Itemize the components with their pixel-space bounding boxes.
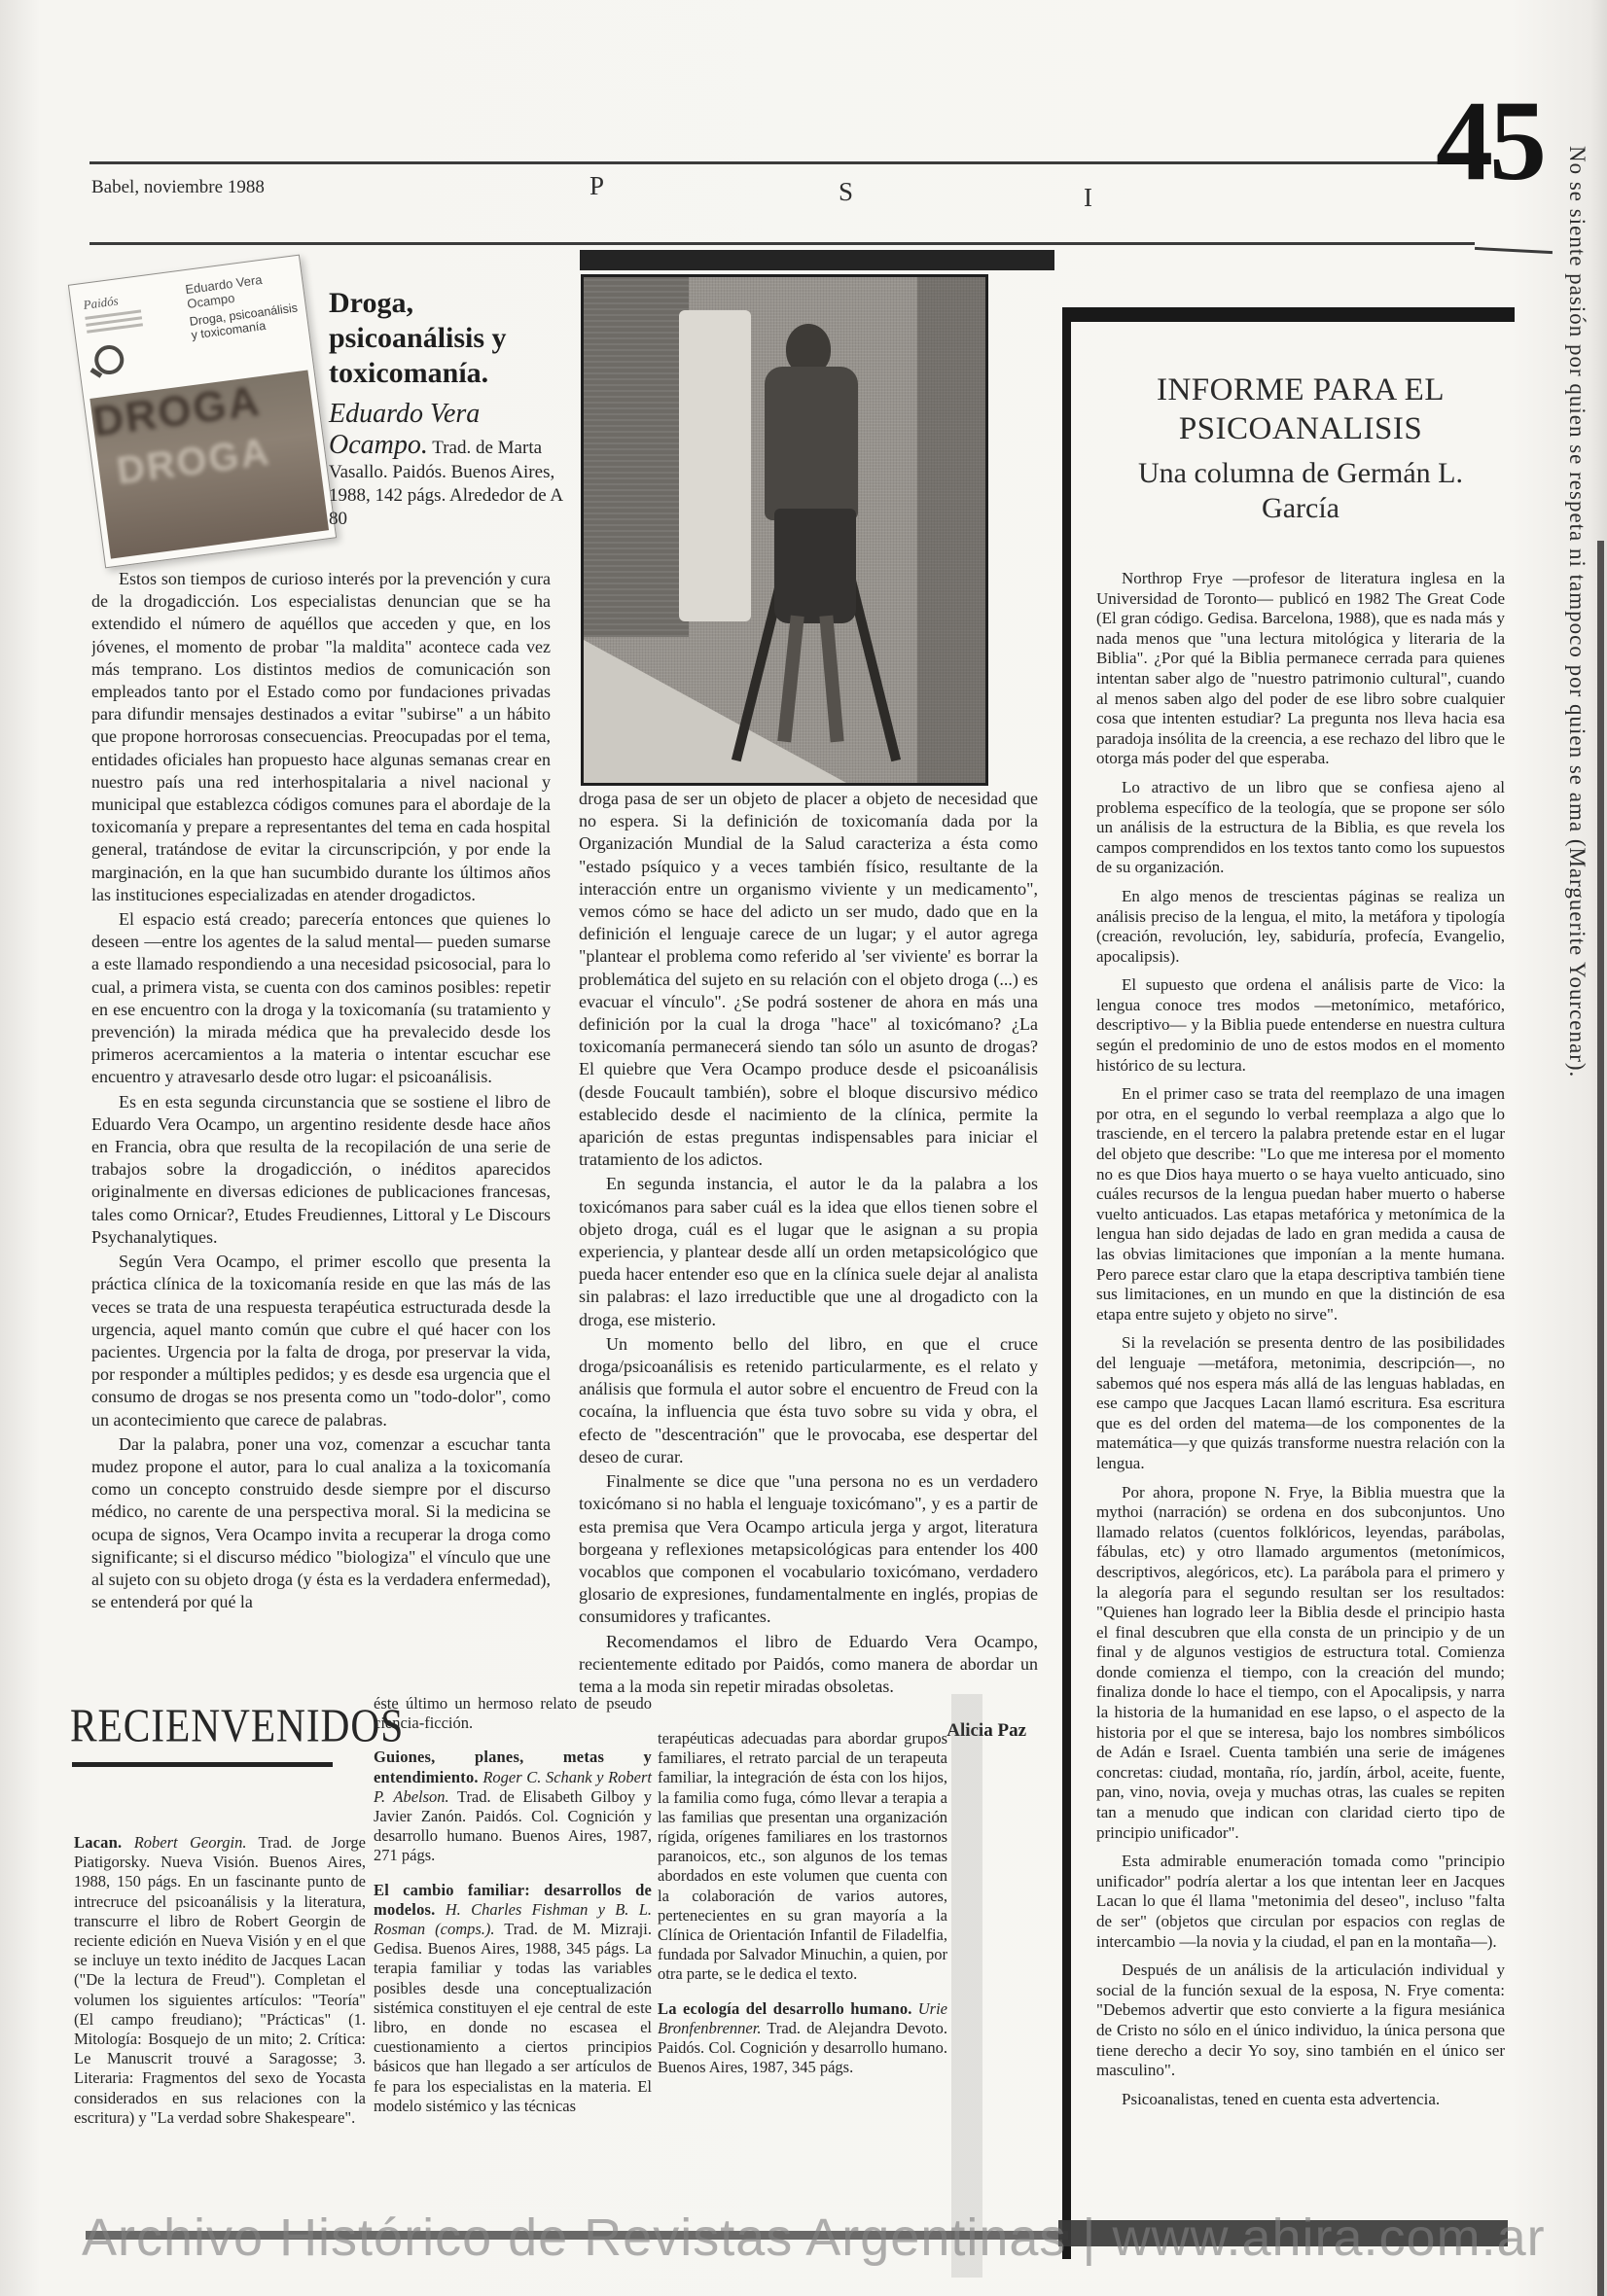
recien-column-2: éste último un hermoso relato de pseudo …: [374, 1694, 652, 2131]
recien-column-1: Lacan. Robert Georgin. Trad. de Jorge Pi…: [74, 1833, 366, 2142]
paragraph: Lo atractivo de un libro que se confiesa…: [1096, 778, 1505, 878]
book-entry: Lacan. Robert Georgin. Trad. de Jorge Pi…: [74, 1833, 366, 2128]
paragraph: Psicoanalistas, tened en cuenta esta adv…: [1096, 2090, 1505, 2110]
watermark-text: Archivo Histórico de Revistas Argentinas…: [82, 2208, 1546, 2268]
book-entry-text: Trad. de Jorge Piatigorsky. Nueva Visión…: [74, 1833, 366, 2127]
scan-artifact-strip: [951, 1694, 982, 2278]
paragraph: Dar la palabra, poner una voz, comenzar …: [91, 1433, 551, 1614]
book-entry: Guiones, planes, metas y entendimiento. …: [374, 1748, 652, 1865]
header-rule-bottom: [89, 242, 1475, 245]
paragraph: Northrop Frye —profesor de literatura in…: [1096, 569, 1505, 769]
review-column-2-text: droga pasa de ser un objeto de placer a …: [579, 788, 1038, 1698]
paragraph: Si la revelación se presenta dentro de l…: [1096, 1333, 1505, 1473]
book-entry-authors: Robert Georgin.: [122, 1833, 246, 1852]
paragraph: En el primer caso se trata del reemplazo…: [1096, 1084, 1505, 1325]
photo-curtain: [679, 310, 751, 621]
paragraph: Por ahora, propone N. Frye, la Biblia mu…: [1096, 1483, 1505, 1844]
scanned-magazine-page: Babel, noviembre 1988 P S I 45 Paidós Ed…: [0, 0, 1607, 2296]
cover-publisher-logo: Paidós: [83, 293, 120, 313]
header-rule-top: [89, 161, 1471, 164]
book-entry: El cambio familiar: desarrollos de model…: [374, 1881, 652, 2116]
section-letter-s: S: [839, 177, 853, 207]
paragraph: Estos son tiempos de curioso interés por…: [91, 568, 551, 906]
review-title-block: Droga, psicoanálisis y toxicomanía. Edua…: [329, 286, 588, 531]
review-column-1: Estos son tiempos de curioso interés por…: [91, 568, 551, 1628]
photo-person-leg: [819, 616, 843, 743]
cover-decorative-lines: [85, 309, 143, 336]
paragraph: Es en esta segunda circunstancia que se …: [91, 1091, 551, 1249]
photo-person-torso: [765, 367, 858, 520]
magnifier-icon: [92, 343, 125, 376]
continuation-text: éste último un hermoso relato de pseudo …: [374, 1694, 652, 1733]
book-entry-title: La ecología del desarrollo humano.: [658, 1999, 912, 2018]
informe-heading: INFORME PARA EL PSICOANALISIS: [1096, 371, 1505, 448]
paragraph: Recomendamos el libro de Eduardo Vera Oc…: [579, 1631, 1038, 1699]
margin-quote: No se siente pasión por quien se respeta…: [1529, 146, 1589, 1468]
section-letter-p: P: [589, 171, 604, 201]
continuation-text: terapéuticas adecuadas para abordar grup…: [658, 1729, 947, 1985]
paragraph: El espacio está creado; parecería entonc…: [91, 908, 551, 1089]
paragraph: Después de un análisis de la articulació…: [1096, 1960, 1505, 2081]
recien-column-3: terapéuticas adecuadas para abordar grup…: [658, 1729, 947, 2092]
book-entry-text: Trad. de M. Mizraji. Gedisa. Buenos Aire…: [374, 1920, 652, 2115]
informe-subheading: Una columna de Germán L. García: [1096, 456, 1505, 526]
recienvenidos-heading: RECIENVENIDOS: [70, 1698, 404, 1752]
cover-photo-area: DROGA DROGA: [89, 370, 329, 558]
book-cover-thumbnail: Paidós Eduardo Vera Ocampo Droga, psicoa…: [68, 255, 337, 569]
informe-box: INFORME PARA EL PSICOANALISIS Una column…: [1062, 307, 1515, 2259]
paragraph: Esta admirable enumeración tomada como "…: [1096, 1852, 1505, 1952]
paragraph: Según Vera Ocampo, el primer escollo que…: [91, 1251, 551, 1431]
section-letter-i: I: [1084, 183, 1092, 213]
scan-edge-line: [1597, 541, 1604, 2296]
photo-shadow: [917, 277, 985, 783]
paragraph: droga pasa de ser un objeto de placer a …: [579, 788, 1038, 1171]
journal-date: Babel, noviembre 1988: [91, 177, 265, 198]
paragraph: En algo menos de trescientas páginas se …: [1096, 887, 1505, 967]
review-credits: Eduardo Vera Ocampo. Trad. de Marta Vasa…: [329, 399, 584, 531]
paragraph: Finalmente se dice que "una persona no e…: [579, 1470, 1038, 1628]
recienvenidos-rule: [72, 1762, 333, 1767]
paragraph: En segunda instancia, el autor le da la …: [579, 1173, 1038, 1330]
photo-person-leg: [777, 616, 804, 743]
photo-person-skirt: [774, 509, 856, 623]
paragraph: El supuesto que ordena el análisis parte…: [1096, 975, 1505, 1076]
paragraph: Un momento bello del libro, en que el cr…: [579, 1333, 1038, 1468]
article-photo: [581, 274, 988, 786]
informe-body: Northrop Frye —profesor de literatura in…: [1096, 569, 1505, 2109]
review-title: Droga, psicoanálisis y toxicomanía.: [329, 286, 588, 391]
photo-top-bar: [580, 250, 1054, 270]
photo-wall: [584, 277, 689, 637]
review-column-2: droga pasa de ser un objeto de placer a …: [579, 788, 1038, 1742]
book-entry: La ecología del desarrollo humano. Urie …: [658, 1999, 947, 2078]
page-number: 45: [1436, 84, 1543, 198]
book-entry-title: Lacan.: [74, 1833, 122, 1852]
